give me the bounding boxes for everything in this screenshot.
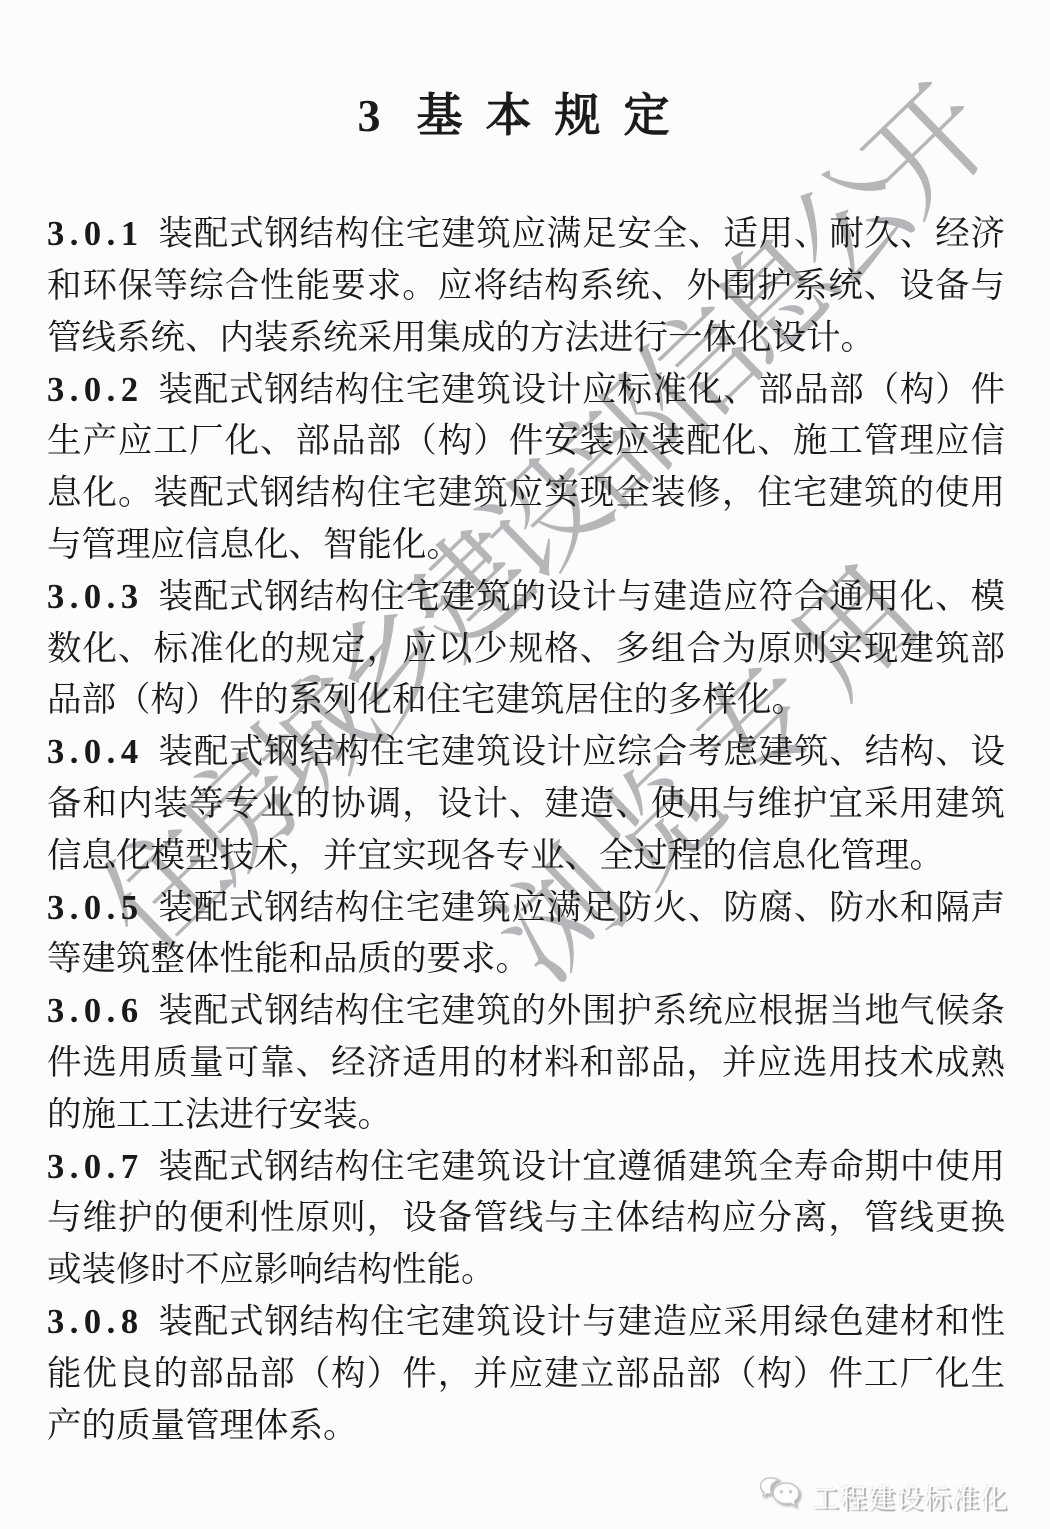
section-number: 3.0.4 — [47, 733, 144, 771]
footer-brand: 工程建设标准化 — [758, 1475, 1008, 1517]
document-page: 住房城乡建设部信息公开 浏览专用 3基本规定 3.0.1装配式钢结构住宅建筑应满… — [0, 0, 1050, 1529]
section-text: 装配式钢结构住宅建筑应满足防火、防腐、防水和隔声等建筑整体性能和品质的要求。 — [47, 889, 1005, 979]
section-3-0-2: 3.0.2装配式钢结构住宅建筑设计应标准化、部品部（构）件生产应工厂化、部品部（… — [47, 365, 1005, 572]
chapter-title: 3基本规定 — [0, 0, 1050, 143]
section-number: 3.0.5 — [47, 889, 144, 927]
chapter-name: 基本规定 — [417, 90, 693, 141]
section-text: 装配式钢结构住宅建筑设计与建造应采用绿色建材和性能优良的部品部（构）件，并应建立… — [47, 1303, 1005, 1445]
section-number: 3.0.8 — [47, 1303, 144, 1341]
section-text: 装配式钢结构住宅建筑设计应标准化、部品部（构）件生产应工厂化、部品部（构）件安装… — [47, 371, 1005, 564]
section-3-0-3: 3.0.3装配式钢结构住宅建筑的设计与建造应符合通用化、模数化、标准化的规定，应… — [47, 572, 1005, 727]
section-number: 3.0.2 — [47, 371, 144, 409]
section-3-0-5: 3.0.5装配式钢结构住宅建筑应满足防火、防腐、防水和隔声等建筑整体性能和品质的… — [47, 883, 1005, 987]
chapter-number: 3 — [358, 90, 381, 141]
footer-brand-text: 工程建设标准化 — [812, 1477, 1008, 1516]
section-3-0-4: 3.0.4装配式钢结构住宅建筑设计应综合考虑建筑、结构、设备和内装等专业的协调，… — [47, 727, 1005, 882]
section-number: 3.0.1 — [47, 215, 144, 253]
chat-bubbles-icon — [758, 1475, 804, 1517]
section-number: 3.0.6 — [47, 992, 144, 1030]
section-number: 3.0.3 — [47, 578, 144, 616]
section-text: 装配式钢结构住宅建筑设计宜遵循建筑全寿命期中使用与维护的便利性原则，设备管线与主… — [47, 1148, 1005, 1290]
section-text: 装配式钢结构住宅建筑设计应综合考虑建筑、结构、设备和内装等专业的协调，设计、建造… — [47, 733, 1005, 875]
page-content: 3基本规定 3.0.1装配式钢结构住宅建筑应满足安全、适用、耐久、经济和环保等综… — [0, 0, 1050, 1452]
section-3-0-6: 3.0.6装配式钢结构住宅建筑的外围护系统应根据当地气候条件选用质量可靠、经济适… — [47, 986, 1005, 1141]
section-3-0-1: 3.0.1装配式钢结构住宅建筑应满足安全、适用、耐久、经济和环保等综合性能要求。… — [47, 209, 1005, 364]
section-list: 3.0.1装配式钢结构住宅建筑应满足安全、适用、耐久、经济和环保等综合性能要求。… — [47, 209, 1005, 1452]
section-3-0-7: 3.0.7装配式钢结构住宅建筑设计宜遵循建筑全寿命期中使用与维护的便利性原则，设… — [47, 1142, 1005, 1297]
section-3-0-8: 3.0.8装配式钢结构住宅建筑设计与建造应采用绿色建材和性能优良的部品部（构）件… — [47, 1297, 1005, 1452]
section-text: 装配式钢结构住宅建筑的设计与建造应符合通用化、模数化、标准化的规定，应以少规格、… — [47, 578, 1005, 720]
section-text: 装配式钢结构住宅建筑的外围护系统应根据当地气候条件选用质量可靠、经济适用的材料和… — [47, 992, 1005, 1134]
section-text: 装配式钢结构住宅建筑应满足安全、适用、耐久、经济和环保等综合性能要求。应将结构系… — [47, 215, 1005, 357]
section-number: 3.0.7 — [47, 1148, 144, 1186]
